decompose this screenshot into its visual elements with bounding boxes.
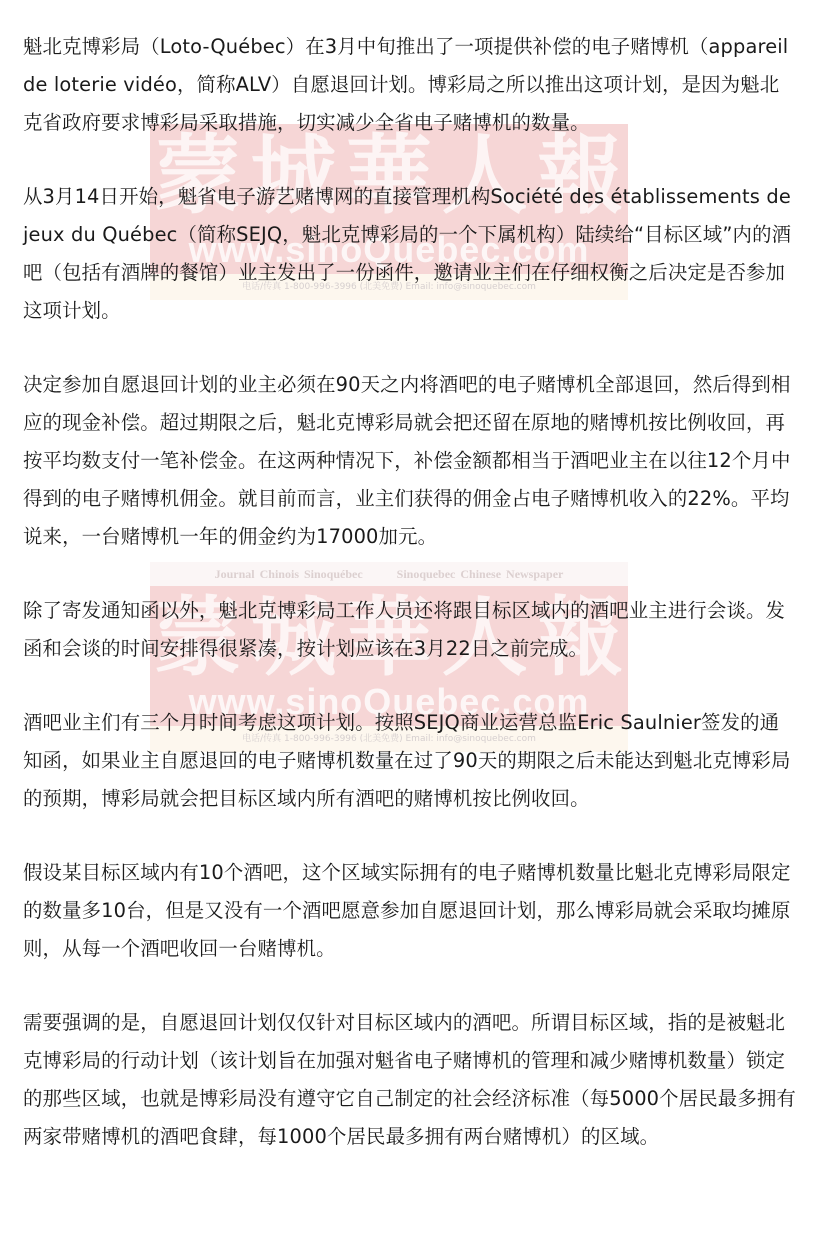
paragraph-7: 需要强调的是，自愿退回计划仅仅针对目标区域内的酒吧。所谓目标区域，指的是被魁北克… xyxy=(23,1004,798,1156)
paragraph-6: 假设某目标区域内有10个酒吧，这个区域实际拥有的电子赌博机数量比魁北克博彩局限定… xyxy=(23,854,798,968)
paragraph-5: 酒吧业主们有三个月时间考虑这项计划。按照SEJQ商业运营总监Eric Sauln… xyxy=(23,704,798,818)
paragraph-4: 除了寄发通知函以外，魁北克博彩局工作人员还将跟目标区域内的酒吧业主进行会谈。发函… xyxy=(23,592,798,668)
paragraph-3: 决定参加自愿退回计划的业主必须在90天之内将酒吧的电子赌博机全部退回，然后得到相… xyxy=(23,366,798,556)
article-body: 魁北克博彩局（Loto-Québec）在3月中旬推出了一项提供补偿的电子赌博机（… xyxy=(0,0,820,1156)
paragraph-1: 魁北克博彩局（Loto-Québec）在3月中旬推出了一项提供补偿的电子赌博机（… xyxy=(23,28,798,142)
paragraph-2: 从3月14日开始，魁省电子游艺赌博网的直接管理机构Société des éta… xyxy=(23,178,798,330)
